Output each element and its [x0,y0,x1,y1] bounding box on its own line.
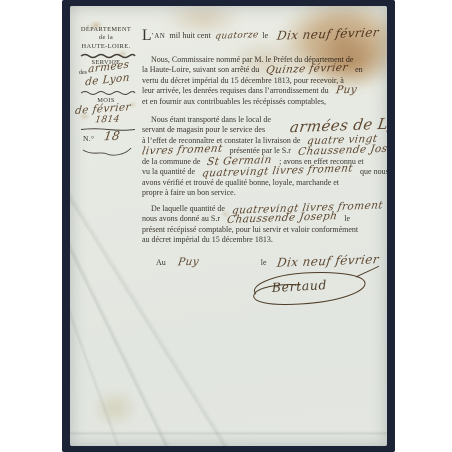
text-line: et en fournir aux contribuables les récé… [142,97,363,107]
quantity-handwritten: livres froment [141,145,223,157]
paragraph-commission: Nous, Commissaire nommé par M. le Préfet… [142,55,363,107]
printed-segment: le [344,214,350,223]
document-paper: DÉPARTEMENT de la HAUTE-LOIRE. SERVICE d… [70,6,387,446]
text-line: vertu du décret impérial du 15 décembre … [142,76,363,86]
department-line1: DÉPARTEMENT [74,26,138,34]
scanner-bed-border: DÉPARTEMENT de la HAUTE-LOIRE. SERVICE d… [62,0,395,452]
number-value-handwritten: 18 [103,131,121,142]
scan-page: DÉPARTEMENT de la HAUTE-LOIRE. SERVICE d… [0,0,452,452]
signature-block: Bertaud [238,262,387,316]
opening-printed-2: le [262,31,268,40]
quantity-handwritten: quatrevingt livres froment [202,165,354,179]
paragraph-verification: Nous étant transporté dans le local de s… [142,115,387,199]
arrondissement-handwritten: Puy [335,86,357,96]
printed-segment: servant de magasin pour le service des [142,125,265,134]
opening-date-handwritten: Dix neuf février [277,27,380,41]
text-line: propre à faire un bon service. [142,188,387,198]
signature-name: Bertaud [270,277,327,295]
month-handwritten-line2: 1814 [94,117,120,126]
signature-flourish-icon: Bertaud [238,262,387,316]
month-handwritten-line1: de février [75,103,132,116]
armees-de-lyon-handwritten: armées de Lyon [289,117,387,134]
opening-printed-1: mil huit cent [169,31,210,40]
paragraph-receipt: De laquelle quantité de quatrevingt livr… [142,204,383,246]
dateline-au: Au [156,258,166,267]
department-line2: de la [74,34,138,42]
opening-year-handwritten: quatorze [214,32,259,41]
text-line: avons vérifié et trouvé de qualité bonne… [142,178,387,188]
arrete-date-handwritten: Quinze février [266,64,349,76]
place-handwritten: Puy [177,258,199,268]
number-underline-flourish-icon [81,147,133,157]
number-label: N.° [83,134,94,143]
printed-segment: en [355,65,363,74]
printed-segment: de la commune de [142,157,200,166]
text-line: leur arrivée, les denrées requises dans … [142,86,363,96]
supplier-name-handwritten: Chaussende Joseph [226,213,337,226]
service-des-label: des [79,70,87,76]
printed-segment: nous avons donné au S.r [142,214,220,223]
printed-segment: vu la quantité de [142,167,195,176]
divider-squiggle-icon [80,90,136,96]
text-line: au décret impérial du 15 décembre 1813. [142,235,383,245]
opening-line: L’AN mil huit cent quatorze le Dix neuf … [142,25,379,43]
service-handwritten-line2: de Lyon [85,74,130,88]
printed-segment: leur arrivée, les denrées requises dans … [142,86,329,95]
printed-segment: De laquelle quantité de [151,204,225,213]
text-line: nous avons donné au S.r Chaussende Josep… [142,214,383,224]
text-line: la Haute-Loire, suivant son arrêté du Qu… [142,65,363,75]
department-line3: HAUTE-LOIRE. [74,43,138,51]
printed-segment: que nous [360,167,387,176]
supplier-name-handwritten: Chaussende Joseph [297,144,387,157]
department-block: DÉPARTEMENT de la HAUTE-LOIRE. [74,26,138,51]
printed-segment: la Haute-Loire, suivant son arrêté du [142,65,259,74]
text-line: vu la quantité de quatrevingt livres fro… [142,167,387,177]
opening-an: ’AN [151,33,165,40]
stain-bottom-left [86,384,144,432]
text-line: présent récépissé comptable, pour lui se… [142,225,383,235]
